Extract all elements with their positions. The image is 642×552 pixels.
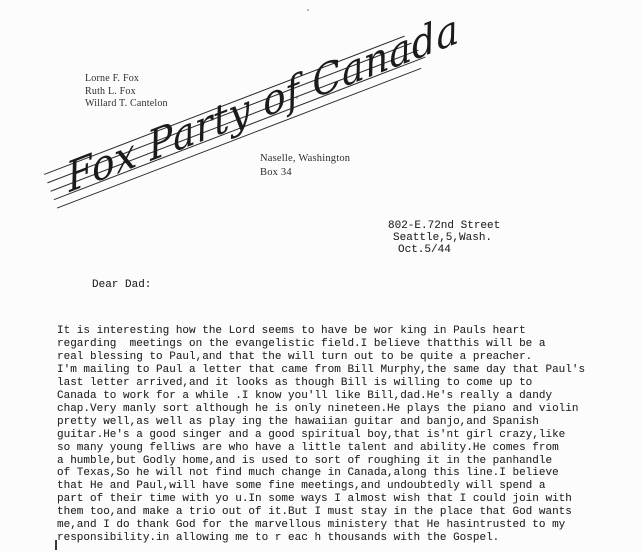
location-line: Box 34 [260, 166, 350, 180]
body-line: so many young felliws are who have a lit… [57, 442, 585, 455]
body-line: Canada to work for a while .I know you'l… [57, 390, 585, 403]
salutation: Dear Dad: [92, 279, 151, 291]
scan-speck [307, 9, 309, 11]
letterhead-name-line: Lorne F. Fox [85, 73, 168, 86]
body-line: them too,and make a trio out of it.But I… [57, 506, 585, 519]
address-date: Oct.5/44 [388, 244, 500, 256]
body-line: guitar.He's a good singer and a good spi… [57, 429, 585, 442]
letter-body: It is interesting how the Lord seems to … [57, 325, 585, 545]
body-line: pretty well,as well as play ing the hawa… [57, 416, 585, 429]
letterhead-location: Naselle, Washington Box 34 [260, 152, 350, 179]
body-line: regarding meetings on the evangelistic f… [57, 338, 585, 351]
margin-tick-mark [55, 540, 57, 550]
body-line: I'm mailing to Paul a letter that came f… [57, 364, 585, 377]
body-line: a humble,but Godly home,and is used to s… [57, 455, 585, 468]
location-line: Naselle, Washington [260, 152, 350, 166]
body-line: real blessing to Paul,and that the will … [57, 351, 585, 364]
body-line: of Texas,So he will not find much change… [57, 467, 585, 480]
letterhead-names: Lorne F. Fox Ruth L. Fox Willard T. Cant… [85, 73, 168, 111]
body-line: that He and Paul,will have some fine mee… [57, 480, 585, 493]
return-address-block: 802-E.72nd Street Seattle,5,Wash. Oct.5/… [388, 220, 500, 256]
body-line: part of their time with yo u.In some way… [57, 493, 585, 506]
address-city: Seattle,5,Wash. [388, 232, 500, 244]
letterhead-staff: Fox Party of Canada [44, 31, 429, 208]
scan-speck [296, 97, 298, 99]
body-line: last letter arrived,and it looks as thou… [57, 377, 585, 390]
scanned-letter-page: Lorne F. Fox Ruth L. Fox Willard T. Cant… [0, 0, 642, 552]
body-line: me,and I do thank God for the marvellous… [57, 519, 585, 532]
body-line: responsibility.in allowing me to r eac h… [57, 532, 585, 545]
letterhead-name-line: Ruth L. Fox [85, 86, 168, 99]
letterhead-name-line: Willard T. Cantelon [85, 98, 168, 111]
body-line: chap.Very manly sort although he is only… [57, 403, 585, 416]
body-line: It is interesting how the Lord seems to … [57, 325, 585, 338]
address-street: 802-E.72nd Street [388, 220, 500, 232]
